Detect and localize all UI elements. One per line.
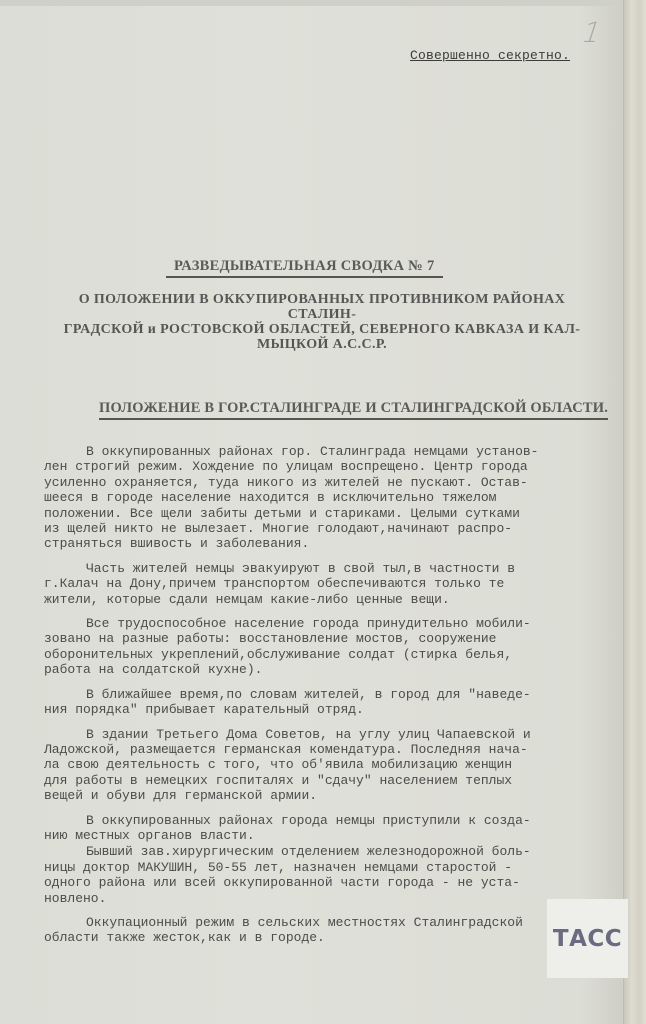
subtitle-line: О ПОЛОЖЕНИИ В ОККУПИРОВАННЫХ ПРОТИВНИКОМ… — [62, 292, 582, 322]
document-body: В оккупированных районах гор. Сталинград… — [44, 444, 604, 955]
subtitle-line: ГРАДСКОЙ и РОСТОВСКОЙ ОБЛАСТЕЙ, СЕВЕРНОГ… — [62, 322, 582, 337]
page-top-edge — [0, 0, 624, 6]
paragraph: В ближайшее время,по словам жителей, в г… — [44, 687, 604, 718]
paragraph: Бывший зав.хирургическим отделением желе… — [44, 844, 604, 906]
classification-stamp: Совершенно секретно. — [410, 48, 570, 63]
section-heading: ПОЛОЖЕНИЕ В ГОР.СТАЛИНГРАДЕ И СТАЛИНГРАД… — [99, 400, 608, 420]
paragraph: В здании Третьего Дома Советов, на углу … — [44, 727, 604, 804]
paragraph: В оккупированных районах города немцы пр… — [44, 813, 604, 844]
tass-watermark-logo: ТАСС — [547, 899, 628, 978]
page-number: 1 — [578, 16, 607, 49]
tass-logo-text: ТАСС — [553, 926, 622, 952]
page-right-edge — [623, 0, 646, 1024]
paragraph: Все трудоспособное население города прин… — [44, 616, 604, 678]
paragraph: Часть жителей немцы эвакуируют в свой ты… — [44, 561, 604, 607]
document-page: 1 Совершенно секретно. РАЗВЕДЫВАТЕЛЬНАЯ … — [0, 0, 646, 1024]
paragraph: В оккупированных районах гор. Сталинград… — [44, 444, 604, 552]
paragraph: Оккупационный режим в сельских местностя… — [44, 915, 604, 946]
subtitle-line: МЫЦКОЙ А.С.С.Р. — [62, 337, 582, 352]
document-subtitle: О ПОЛОЖЕНИИ В ОККУПИРОВАННЫХ ПРОТИВНИКОМ… — [62, 292, 582, 352]
document-title: РАЗВЕДЫВАТЕЛЬНАЯ СВОДКА № 7 — [166, 258, 443, 278]
